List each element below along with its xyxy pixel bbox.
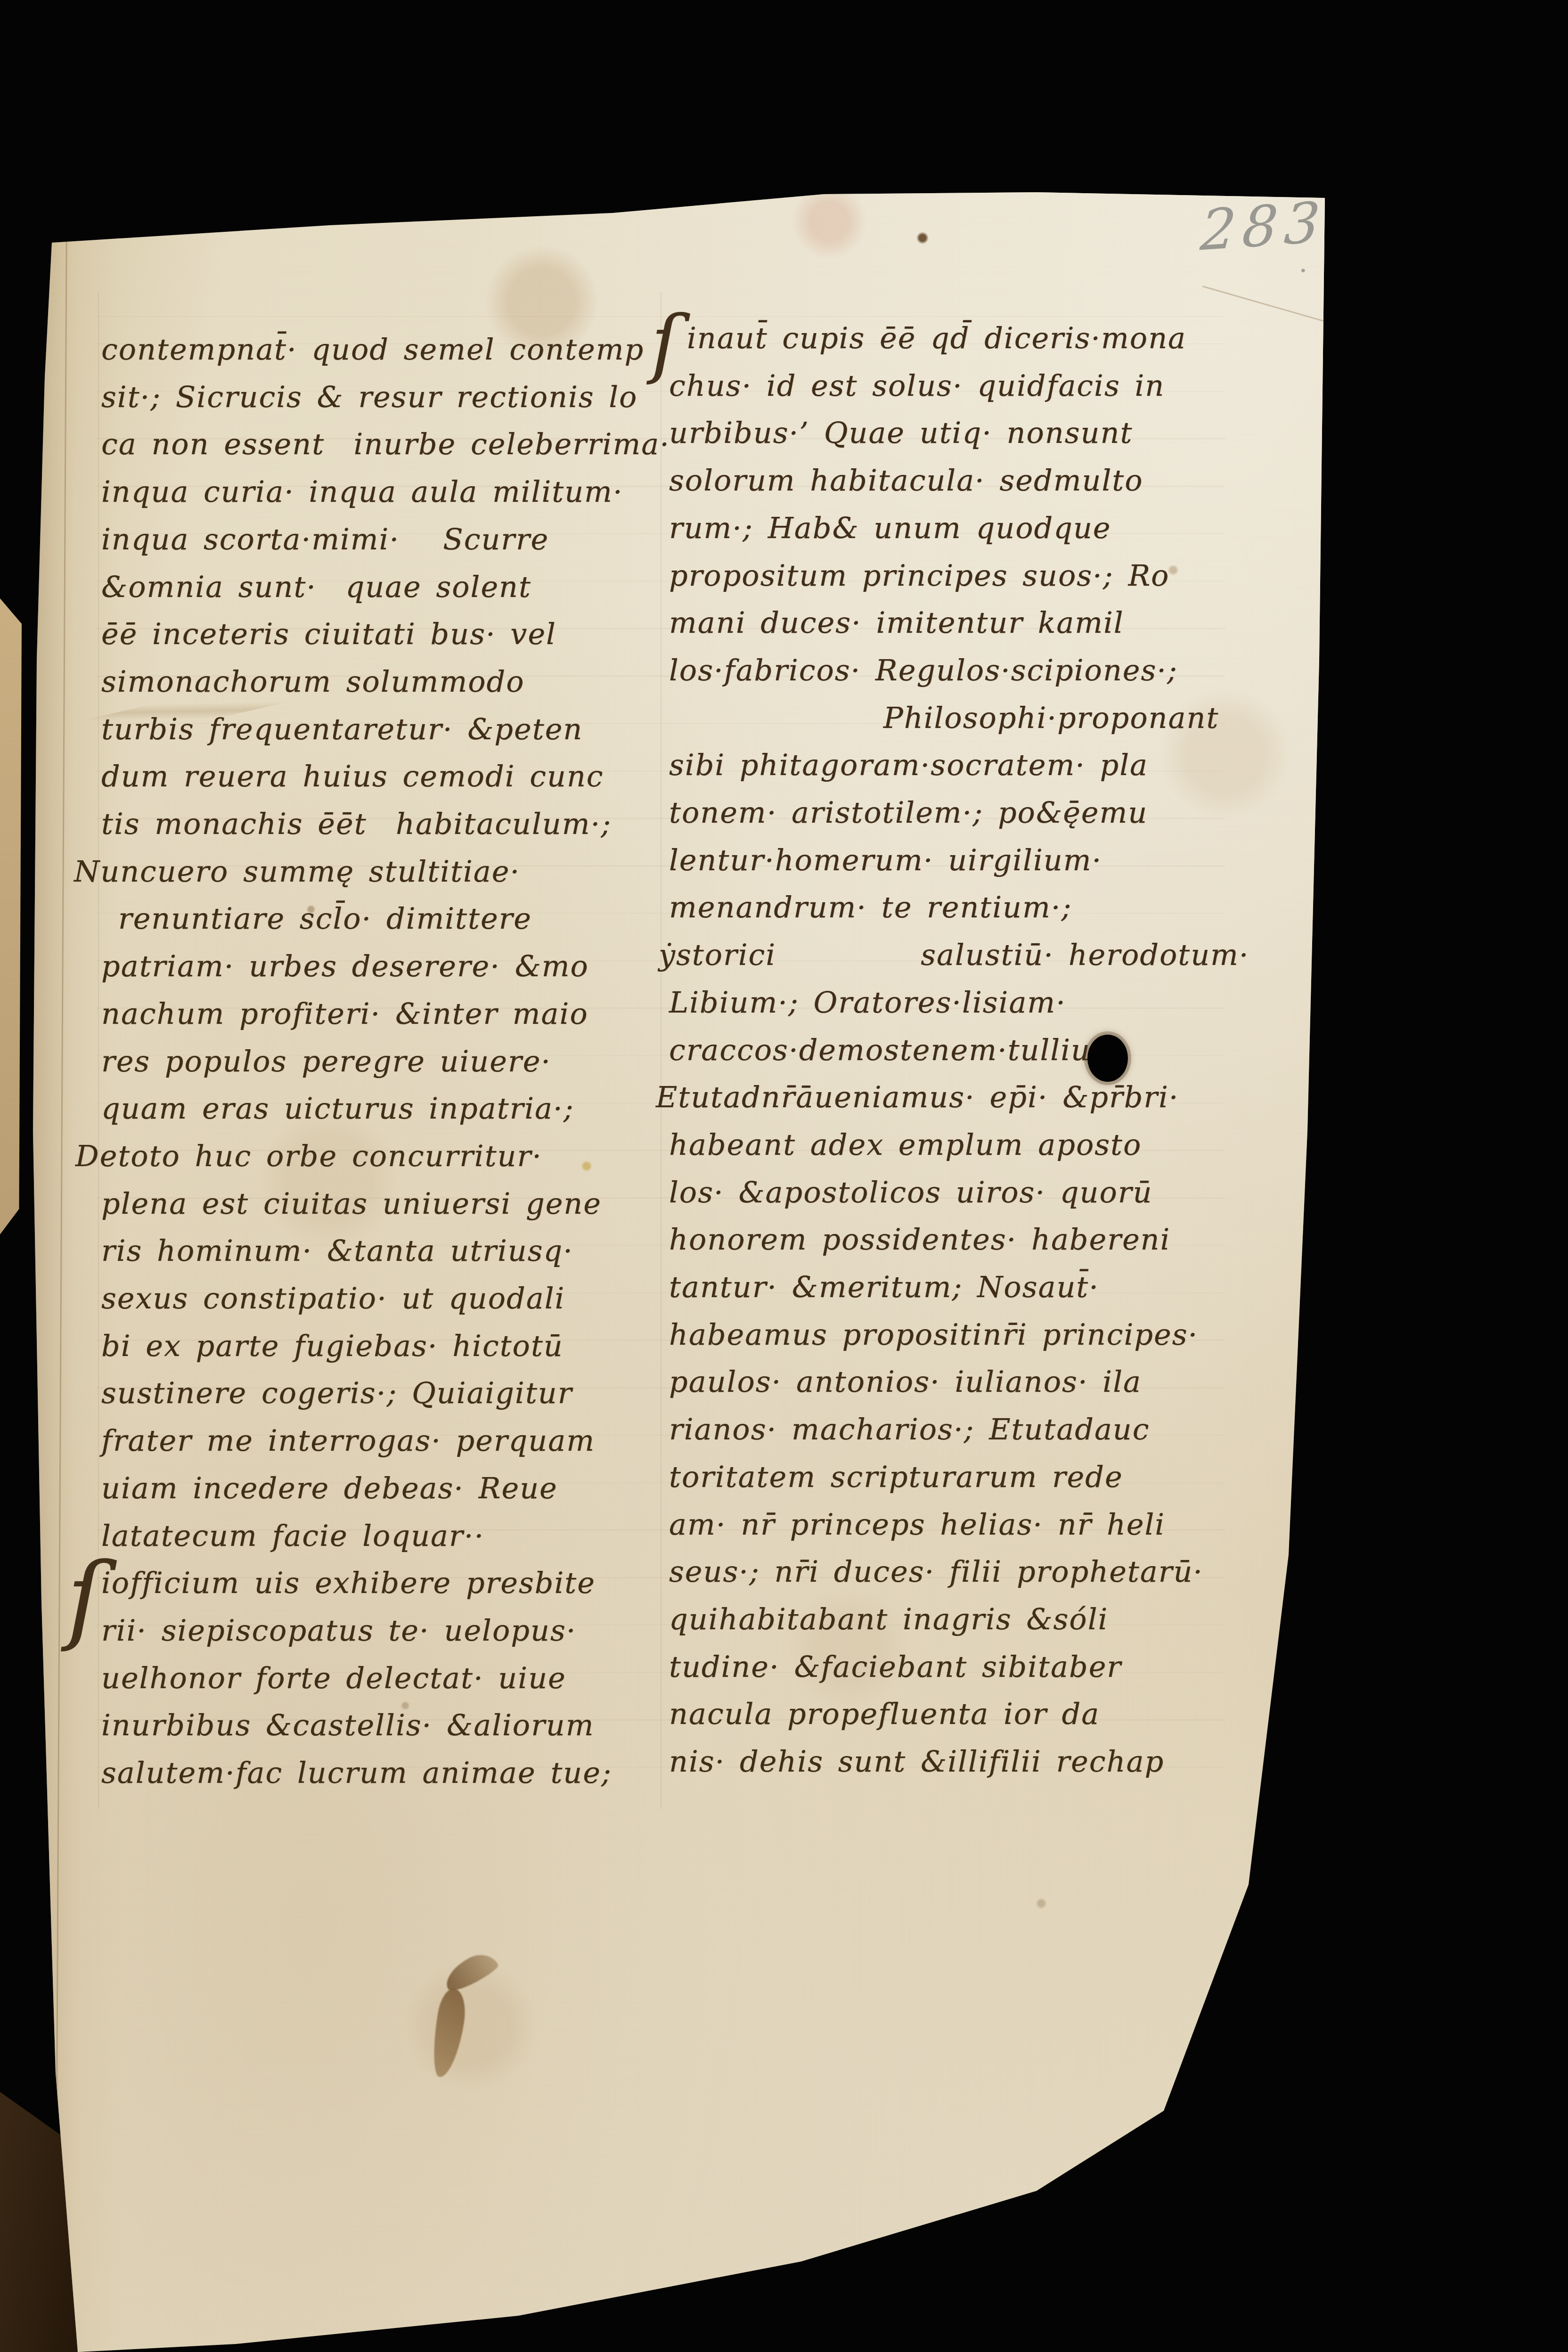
text-line: tantur· &meritum; Nosaut̄· [669,1264,1099,1311]
text-line: habeamus propositinr̄i principes· [669,1311,1198,1358]
text-line: nis· dehis sunt &illifilii rechap [669,1738,1164,1785]
right-text-column: inaut̄ cupis ēē qd̄ diceris·monachus· id… [0,0,1568,2352]
text-line: Libium·; Oratores·lisiam· [669,979,1066,1026]
tall-initial-s-left: ſ [67,1550,103,1647]
text-line: propositum principes suos·; Ro [669,552,1169,599]
tall-initial-s-right: ſ [651,305,679,381]
text-line: toritatem scripturarum rede [669,1454,1123,1501]
page-edge-line [21,238,36,2349]
text-line: urbibus·’ Quae utiq· nonsunt [669,409,1133,457]
punched-hole [1087,1035,1128,1082]
text-line: craccos·demostenem·tullium [669,1027,1119,1074]
text-line: seus·; nr̄i duces· filii prophetarū· [669,1548,1203,1595]
text-line: nacula propefluenta ior da [669,1690,1100,1738]
text-line: lentur·homerum· uirgilium· [669,837,1102,884]
parchment-page: 283 · contempnat̄· quod semel contempsit… [0,0,1568,2352]
ink-stain-drop [428,1987,469,2080]
text-line: mani duces· imitentur kamil [669,599,1124,646]
underlying-folio-edge [0,598,22,1234]
text-line: paulos· antonios· iulianos· ila [669,1358,1142,1405]
text-line: inaut̄ cupis ēē qd̄ diceris·mona [687,315,1186,362]
text-line: habeant adex emplum aposto [669,1121,1142,1168]
text-line: tudine· &faciebant sibitaber [669,1643,1122,1690]
text-line: menandrum· te rentium·; [669,884,1072,931]
text-line: rianos· macharios·; Etutadauc [669,1406,1150,1453]
text-line: los· &apostolicos uiros· quorū [669,1169,1152,1216]
text-line: am· nr̄ princeps helias· nr̄ heli [669,1501,1165,1548]
text-line: Philosophi·proponant [883,694,1219,742]
ink-stain [426,1955,502,2078]
text-line: solorum habitacula· sedmulto [669,457,1143,504]
text-line: quihabitabant inagris &sóli [669,1596,1108,1643]
text-line: Etutadnr̄āueniamus· ep̄i· &pr̄bri· [656,1074,1179,1121]
manuscript-scan: 283 · contempnat̄· quod semel contempsit… [0,0,1568,2352]
text-line: sibi phitagoram·socratem· pla [669,742,1148,789]
text-line: honorem possidentes· habereni [669,1216,1170,1263]
text-line: ẏstorici salustiū· herodotum· [659,931,1249,979]
text-line: chus· id est solus· quidfacis in [669,362,1165,409]
text-line: tonem· aristotilem·; po&ę̄emu [669,789,1148,836]
text-line: rum·; Hab& unum quodque [669,505,1111,552]
text-line: los·fabricos· Regulos·scipiones·; [669,647,1178,694]
